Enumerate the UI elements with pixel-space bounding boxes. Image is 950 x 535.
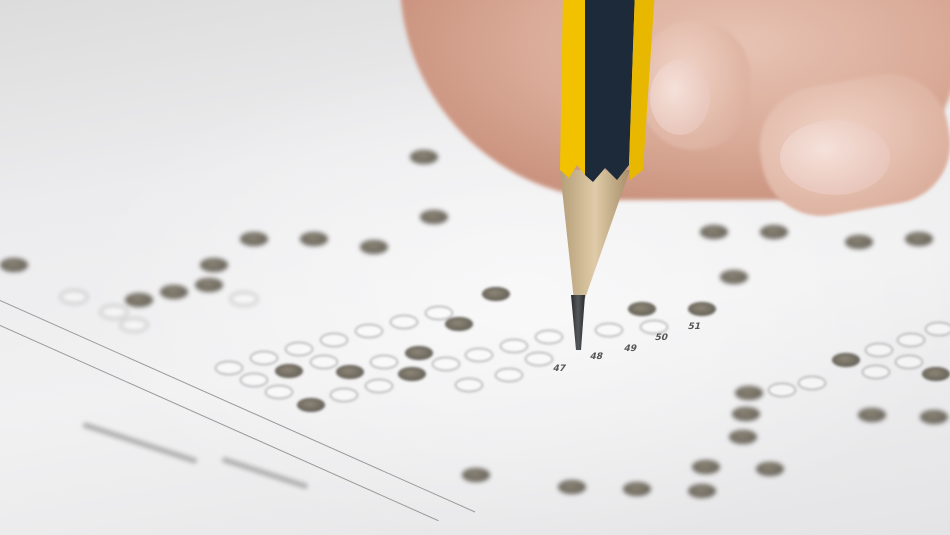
- answer-bubble: [240, 373, 268, 387]
- answer-bubble-filled: [275, 364, 303, 378]
- answer-bubble-filled: [0, 258, 28, 272]
- answer-bubble-filled: [240, 232, 268, 246]
- answer-bubble-filled: [735, 386, 763, 400]
- answer-bubble-filled: [832, 353, 860, 367]
- answer-bubble-filled: [398, 367, 426, 381]
- answer-bubble: [250, 351, 278, 365]
- answer-bubble-filled: [410, 150, 438, 164]
- answer-bubble: [465, 348, 493, 362]
- answer-bubble-filled: [756, 462, 784, 476]
- answer-bubble-filled: [688, 302, 716, 316]
- answer-bubble: [798, 376, 826, 390]
- answer-bubble-filled: [297, 398, 325, 412]
- answer-bubble-filled: [845, 235, 873, 249]
- answer-bubble: [525, 352, 553, 366]
- answer-bubble-filled: [688, 484, 716, 498]
- answer-bubble-filled: [160, 285, 188, 299]
- answer-bubble: [355, 324, 383, 338]
- answer-bubble: [390, 315, 418, 329]
- answer-bubble: [120, 318, 148, 332]
- fingernail: [650, 60, 710, 135]
- answer-bubble: [320, 333, 348, 347]
- answer-bubble: [432, 357, 460, 371]
- answer-bubble: [768, 383, 796, 397]
- fingernail: [780, 120, 890, 195]
- answer-bubble: [495, 368, 523, 382]
- question-number: 51: [687, 322, 702, 332]
- answer-bubble-filled: [623, 482, 651, 496]
- answer-bubble: [100, 305, 128, 319]
- answer-bubble: [230, 292, 258, 306]
- answer-bubble-filled: [336, 365, 364, 379]
- answer-bubble: [285, 342, 313, 356]
- answer-bubble: [215, 361, 243, 375]
- answer-bubble-filled: [445, 317, 473, 331]
- answer-bubble-filled: [720, 270, 748, 284]
- answer-bubble-filled: [482, 287, 510, 301]
- answer-bubble-filled: [692, 460, 720, 474]
- answer-bubble-filled: [922, 367, 950, 381]
- answer-bubble: [310, 355, 338, 369]
- answer-bubble-filled: [462, 468, 490, 482]
- answer-bubble: [895, 355, 923, 369]
- pencil-icon: [555, 0, 655, 360]
- answer-bubble-filled: [700, 225, 728, 239]
- answer-bubble-filled: [125, 293, 153, 307]
- answer-bubble-filled: [732, 407, 760, 421]
- answer-bubble-filled: [405, 346, 433, 360]
- answer-bubble: [330, 388, 358, 402]
- answer-bubble: [897, 333, 925, 347]
- answer-bubble: [365, 379, 393, 393]
- answer-bubble: [500, 339, 528, 353]
- photo-scene: 47 48 49 50 51: [0, 0, 950, 535]
- question-number: 47: [552, 364, 567, 374]
- answer-bubble-filled: [200, 258, 228, 272]
- answer-bubble-filled: [558, 480, 586, 494]
- answer-bubble: [925, 322, 950, 336]
- answer-bubble: [862, 365, 890, 379]
- answer-bubble: [865, 343, 893, 357]
- answer-bubble-filled: [729, 430, 757, 444]
- answer-bubble: [60, 290, 88, 304]
- answer-bubble-filled: [858, 408, 886, 422]
- answer-bubble: [265, 385, 293, 399]
- answer-bubble-filled: [905, 232, 933, 246]
- answer-bubble-filled: [920, 410, 948, 424]
- answer-bubble-filled: [300, 232, 328, 246]
- answer-bubble: [455, 378, 483, 392]
- answer-bubble-filled: [420, 210, 448, 224]
- question-number: 50: [654, 333, 669, 343]
- answer-bubble: [370, 355, 398, 369]
- answer-bubble-filled: [760, 225, 788, 239]
- answer-bubble-filled: [195, 278, 223, 292]
- answer-bubble-filled: [360, 240, 388, 254]
